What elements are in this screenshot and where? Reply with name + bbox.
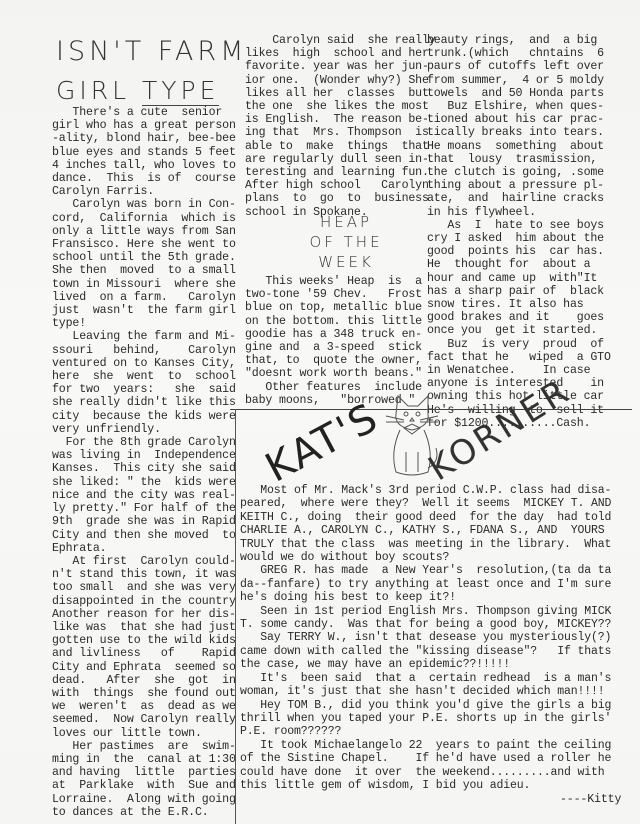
signature: ----Kitty <box>560 793 621 806</box>
text-line: TRULY that the class was meeting in the … <box>240 538 611 551</box>
heap-title-line1: HEAP <box>296 212 396 232</box>
text-line: at Parklake with Sue and <box>52 779 236 792</box>
text-line: Lorraine. Along with going <box>52 793 236 806</box>
text-line: tioned about his car prac- <box>427 113 611 126</box>
text-line: gine and a 3-speed stick <box>245 341 422 354</box>
article-title-line2: GIRL TYPE <box>56 76 219 105</box>
text-line: that lousy trasmission, <box>427 153 611 166</box>
text-line: paurs of cutoffs left over <box>427 60 611 73</box>
text-line: beauty rings, and a big <box>427 34 611 47</box>
text-line: T. some candy. Was that for being a good… <box>240 618 611 631</box>
text-line: school until the 5th grade. <box>52 251 236 264</box>
text-line: plans to go to business <box>245 192 436 205</box>
heap-title-line3: WEEK <box>296 252 396 272</box>
text-line: ly pretty." For half of the <box>52 502 236 515</box>
text-line: ssouri behind, Carolyn <box>52 344 236 357</box>
text-line: n't stand this town, it was <box>52 568 236 581</box>
text-line: to dances at the E.R.C. <box>52 806 236 819</box>
text-line: For the 8th grade Carolyn <box>52 436 236 449</box>
heap-title-line2: OF THE <box>296 232 396 252</box>
text-line: very unfriendly. <box>52 423 236 436</box>
text-line: Buz Elshire, when ques- <box>427 100 611 113</box>
text-line: goodie has a 348 truck en- <box>245 328 422 341</box>
text-line: GREG R. has made a New Year's resolution… <box>240 564 611 577</box>
kats-korner-column: Most of Mr. Mack's 3rd period C.W.P. cla… <box>240 484 611 792</box>
text-line: cry I asked him about the <box>427 232 611 245</box>
text-line: cord, California which is <box>52 212 236 225</box>
text-line: for two years: she said <box>52 383 236 396</box>
text-line: Seen in 1st period English Mrs. Thompson… <box>240 605 611 618</box>
text-line: ing that Mrs. Thompson is <box>245 126 436 139</box>
text-line: Fransisco. Here she went to <box>52 238 236 251</box>
text-line: fact that he wiped a GTO <box>427 351 611 364</box>
text-line: This weeks' Heap is a <box>245 275 422 288</box>
text-line: blue eyes and stands 5 feet <box>52 146 236 159</box>
text-line: Hey TOM B., did you think you'd give the… <box>240 699 611 712</box>
text-line: -ality, blond hair, bee-bee <box>52 132 236 145</box>
text-line: loves our little town. <box>52 727 236 740</box>
text-line: dead. After she got in <box>52 674 236 687</box>
article-farm-girl-continued: Carolyn said she reallylikes high school… <box>245 34 436 219</box>
text-line: disappointed in the country <box>52 595 236 608</box>
text-line: would we do without boy scouts? <box>240 551 611 564</box>
newspaper-page: ISN'T FARM GIRL TYPE There's a cute seni… <box>0 0 640 824</box>
text-line: Carolyn Farris. <box>52 185 236 198</box>
text-line: blue on top, metallic blue <box>245 301 422 314</box>
text-line: peared, where were they? Well it seems M… <box>240 497 611 510</box>
text-line: she really didn't like this <box>52 396 236 409</box>
text-line: nice and the city was real- <box>52 489 236 502</box>
text-line: this little gem of wisdom, I bid you adi… <box>240 779 611 792</box>
text-line: hour and came up with"It <box>427 272 611 285</box>
text-line: teresting and learning fun. <box>245 166 436 179</box>
text-line: that, to quote the owner, <box>245 354 422 367</box>
text-line: After high school Carolyn <box>245 179 436 192</box>
text-line: came down with called the "kissing disea… <box>240 645 611 658</box>
text-line: tically breaks into tears. <box>427 126 611 139</box>
text-line: Most of Mr. Mack's 3rd period C.W.P. cla… <box>240 484 611 497</box>
text-line: thrill when you taped your P.E. shorts u… <box>240 712 611 725</box>
text-line: he's doing his best to keep it?! <box>240 591 611 604</box>
text-line: able to make things that <box>245 140 436 153</box>
text-line: the clutch is going, .some <box>427 166 611 179</box>
text-line: He thought for about a <box>427 258 611 271</box>
text-line: was living in Independence <box>52 449 236 462</box>
text-line: gotten use to the wild kids <box>52 634 236 647</box>
text-line: we weren't as dead as we <box>52 700 236 713</box>
text-line: 9th grade she was in Rapid <box>52 515 236 528</box>
text-line: Kanses. This city she said <box>52 462 236 475</box>
text-line: only a little ways from San <box>52 225 236 238</box>
text-line: ate, and hairline cracks <box>427 192 611 205</box>
text-line: just wasn't the farm girl <box>52 304 236 317</box>
text-line: the one she likes the most <box>245 100 436 113</box>
text-line: da--fanfare) to try anything at least on… <box>240 578 611 591</box>
text-line: here she went to school <box>52 370 236 383</box>
text-line: two-tone '59 Chev. Frost <box>245 288 422 301</box>
text-line: ior one. (Wonder why?) She <box>245 74 436 87</box>
text-line: is English. The reason be- <box>245 113 436 126</box>
text-line: anyone is interested in <box>427 377 611 390</box>
section-border-left <box>235 409 236 824</box>
article-farm-girl-column: There's a cute seniorgirl who has a grea… <box>52 106 236 819</box>
text-line: lived on a farm. Carolyn <box>52 291 236 304</box>
text-line: likes all her classes but <box>245 87 436 100</box>
text-line: seemed. Now Carolyn really <box>52 713 236 726</box>
text-line: on the bottom. this little <box>245 315 422 328</box>
text-line: in Wenatchee. In case <box>427 364 611 377</box>
text-line: It took Michaelangelo 22 years to paint … <box>240 739 611 752</box>
text-line: He moans something about <box>427 140 611 153</box>
text-line: Carolyn was born in Con- <box>52 198 236 211</box>
text-line: and having little parties <box>52 766 236 779</box>
text-line: ventured on to Kanses City, <box>52 357 236 370</box>
text-line: P.E. room?????? <box>240 725 611 738</box>
heap-of-the-week-title: HEAP OF THE WEEK <box>296 212 396 272</box>
text-line: Another reason for her dis- <box>52 608 236 621</box>
text-line: in his flywheel. <box>427 206 611 219</box>
text-line: Her pastimes are swim- <box>52 740 236 753</box>
text-line: city because the kids were <box>52 410 236 423</box>
text-line: CHARLIE A., CAROLYN C., KATHY S., FDANA … <box>240 524 611 537</box>
text-line: thing about a pressure pl- <box>427 179 611 192</box>
text-line: and livliness of Rapid <box>52 647 236 660</box>
text-line: of the Sistine Chapel. If he'd have used… <box>240 752 611 765</box>
article-title-line1: ISN'T FARM <box>56 36 247 67</box>
text-line: with things she found out <box>52 687 236 700</box>
text-line: town in Missouri where she <box>52 278 236 291</box>
heap-article-column: This weeks' Heap is atwo-tone '59 Chev. … <box>245 275 422 407</box>
text-line: ming in the canal at 1:30 <box>52 753 236 766</box>
text-line: girl who has a great person <box>52 119 236 132</box>
heap-article-continued: beauty rings, and a bigtrunk.(which chnt… <box>427 34 611 430</box>
title-word-type: TYPE <box>142 76 219 106</box>
title-word-girl: GIRL <box>56 76 142 105</box>
text-line: like was that she had just <box>52 621 236 634</box>
text-line: Ephrata. <box>52 542 236 555</box>
text-line: As I hate to see boys <box>427 219 611 232</box>
text-line: City and then she moved to <box>52 529 236 542</box>
text-line: trunk.(which chntains 6 <box>427 47 611 60</box>
text-line: favorite. year was her jun- <box>245 60 436 73</box>
text-line: There's a cute senior <box>52 106 236 119</box>
text-line: Carolyn said she really <box>245 34 436 47</box>
text-line: could have done it over the weekend.....… <box>240 766 611 779</box>
text-line: are regularly dull seen in- <box>245 153 436 166</box>
text-line: snow tires. It also has <box>427 298 611 311</box>
text-line: Say TERRY W., isn't that desease you mys… <box>240 631 611 644</box>
text-line: "doesnt work worth beans." <box>245 367 422 380</box>
text-line: Leaving the farm and Mi- <box>52 330 236 343</box>
text-line: City and Ephrata seemed so <box>52 661 236 674</box>
text-line: has a sharp pair of black <box>427 285 611 298</box>
text-line: woman, it's just that she hasn't decided… <box>240 685 611 698</box>
text-line: from summer, 4 or 5 moldy <box>427 74 611 87</box>
text-line: likes high school and her <box>245 47 436 60</box>
text-line: towels and 50 Honda parts <box>427 87 611 100</box>
text-line: good points his car has. <box>427 245 611 258</box>
text-line: too small and she was very <box>52 581 236 594</box>
text-line: type! <box>52 317 236 330</box>
text-line: It's been said that a certain redhead is… <box>240 672 611 685</box>
text-line: she liked: " the kids were <box>52 476 236 489</box>
text-line: KEITH C., doing their good deed for the … <box>240 511 611 524</box>
text-line: At first Carolyn could- <box>52 555 236 568</box>
text-line: the case, we may have an epidemic??!!!!! <box>240 658 611 671</box>
text-line: Buz is very proud of <box>427 338 611 351</box>
text-line: dance. This is of course <box>52 172 236 185</box>
text-line: She then moved to a small <box>52 264 236 277</box>
text-line: good brakes and it goes <box>427 311 611 324</box>
text-line: once you get it started. <box>427 324 611 337</box>
text-line: 4 inches tall, who loves to <box>52 159 236 172</box>
